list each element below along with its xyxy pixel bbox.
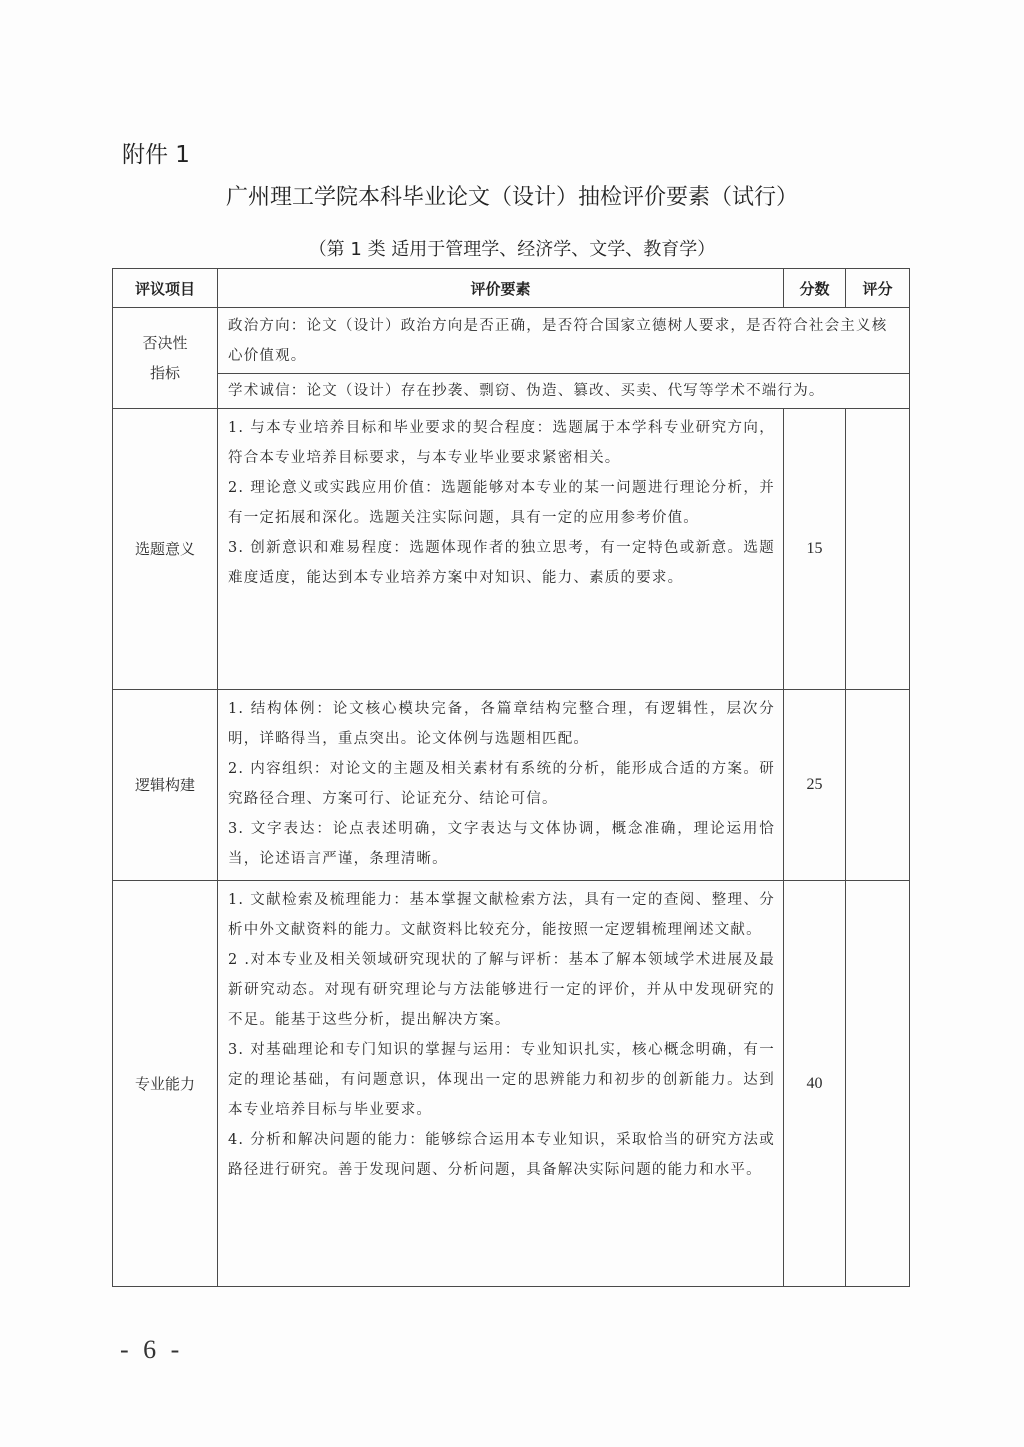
points-topic: 15 [784, 409, 846, 690]
element-text: 1. 与本专业培养目标和毕业要求的契合程度：选题属于本学科专业研究方向，符合本专… [228, 413, 775, 473]
elements-logic: 1. 结构体例：论文核心模块完备，各篇章结构完整合理，有逻辑性，层次分明，详略得… [218, 690, 784, 881]
table-row-logic: 逻辑构建 1. 结构体例：论文核心模块完备，各篇章结构完整合理，有逻辑性，层次分… [113, 690, 910, 881]
elements-professional: 1. 文献检索及梳理能力：基本掌握文献检索方法，具有一定的查阅、整理、分析中外文… [218, 881, 784, 1287]
score-input-topic[interactable] [846, 409, 910, 690]
element-text: 2. 理论意义或实践应用价值：选题能够对本专业的某一问题进行理论分析，并有一定拓… [228, 473, 775, 533]
veto-political-direction: 政治方向：论文（设计）政治方向是否正确，是否符合国家立德树人要求，是否符合社会主… [218, 308, 910, 374]
veto-label-line2: 指标 [113, 358, 217, 388]
element-text: 1. 结构体例：论文核心模块完备，各篇章结构完整合理，有逻辑性，层次分明，详略得… [228, 694, 775, 754]
page-number: - 6 - [120, 1335, 183, 1365]
element-text: 3. 对基础理论和专门知识的掌握与运用：专业知识扎实，核心概念明确，有一定的理论… [228, 1035, 775, 1125]
item-logic: 逻辑构建 [113, 690, 218, 881]
table-row-topic: 选题意义 1. 与本专业培养目标和毕业要求的契合程度：选题属于本学科专业研究方向… [113, 409, 910, 690]
elements-topic: 1. 与本专业培养目标和毕业要求的契合程度：选题属于本学科专业研究方向，符合本专… [218, 409, 784, 690]
header-item: 评议项目 [113, 269, 218, 308]
document-subtitle: （第 1 类 适用于管理学、经济学、文学、教育学） [0, 235, 1024, 261]
score-input-professional[interactable] [846, 881, 910, 1287]
element-text: 2. 内容组织：对论文的主题及相关素材有系统的分析，能形成合适的方案。研究路径合… [228, 754, 775, 814]
annex-label: 附件 1 [122, 136, 190, 169]
table-row-professional: 专业能力 1. 文献检索及梳理能力：基本掌握文献检索方法，具有一定的查阅、整理、… [113, 881, 910, 1287]
veto-academic-integrity: 学术诚信：论文（设计）存在抄袭、剽窃、伪造、篡改、买卖、代写等学术不端行为。 [218, 374, 910, 409]
veto-label-line1: 否决性 [113, 328, 217, 358]
item-topic: 选题意义 [113, 409, 218, 690]
element-text: 1. 文献检索及梳理能力：基本掌握文献检索方法，具有一定的查阅、整理、分析中外文… [228, 885, 775, 945]
points-professional: 40 [784, 881, 846, 1287]
table-row-veto-2: 学术诚信：论文（设计）存在抄袭、剽窃、伪造、篡改、买卖、代写等学术不端行为。 [113, 374, 910, 409]
element-text: 2 .对本专业及相关领域研究现状的了解与评析：基本了解本领域学术进展及最新研究动… [228, 945, 775, 1035]
veto-item-cell: 否决性 指标 [113, 308, 218, 409]
table-row-veto-1: 否决性 指标 政治方向：论文（设计）政治方向是否正确，是否符合国家立德树人要求，… [113, 308, 910, 374]
header-points: 分数 [784, 269, 846, 308]
header-score: 评分 [846, 269, 910, 308]
element-text: 3. 文字表达：论点表述明确，文字表达与文体协调，概念准确，理论运用恰当，论述语… [228, 814, 775, 874]
table-header-row: 评议项目 评价要素 分数 评分 [113, 269, 910, 308]
item-professional: 专业能力 [113, 881, 218, 1287]
score-input-logic[interactable] [846, 690, 910, 881]
header-elements: 评价要素 [218, 269, 784, 308]
element-text: 3. 创新意识和难易程度：选题体现作者的独立思考，有一定特色或新意。选题难度适度… [228, 533, 775, 593]
element-text: 4. 分析和解决问题的能力：能够综合运用本专业知识，采取恰当的研究方法或路径进行… [228, 1125, 775, 1185]
document-title: 广州理工学院本科毕业论文（设计）抽检评价要素（试行） [0, 180, 1024, 211]
evaluation-table: 评议项目 评价要素 分数 评分 否决性 指标 政治方向：论文（设计）政治方向是否… [112, 268, 910, 1287]
points-logic: 25 [784, 690, 846, 881]
